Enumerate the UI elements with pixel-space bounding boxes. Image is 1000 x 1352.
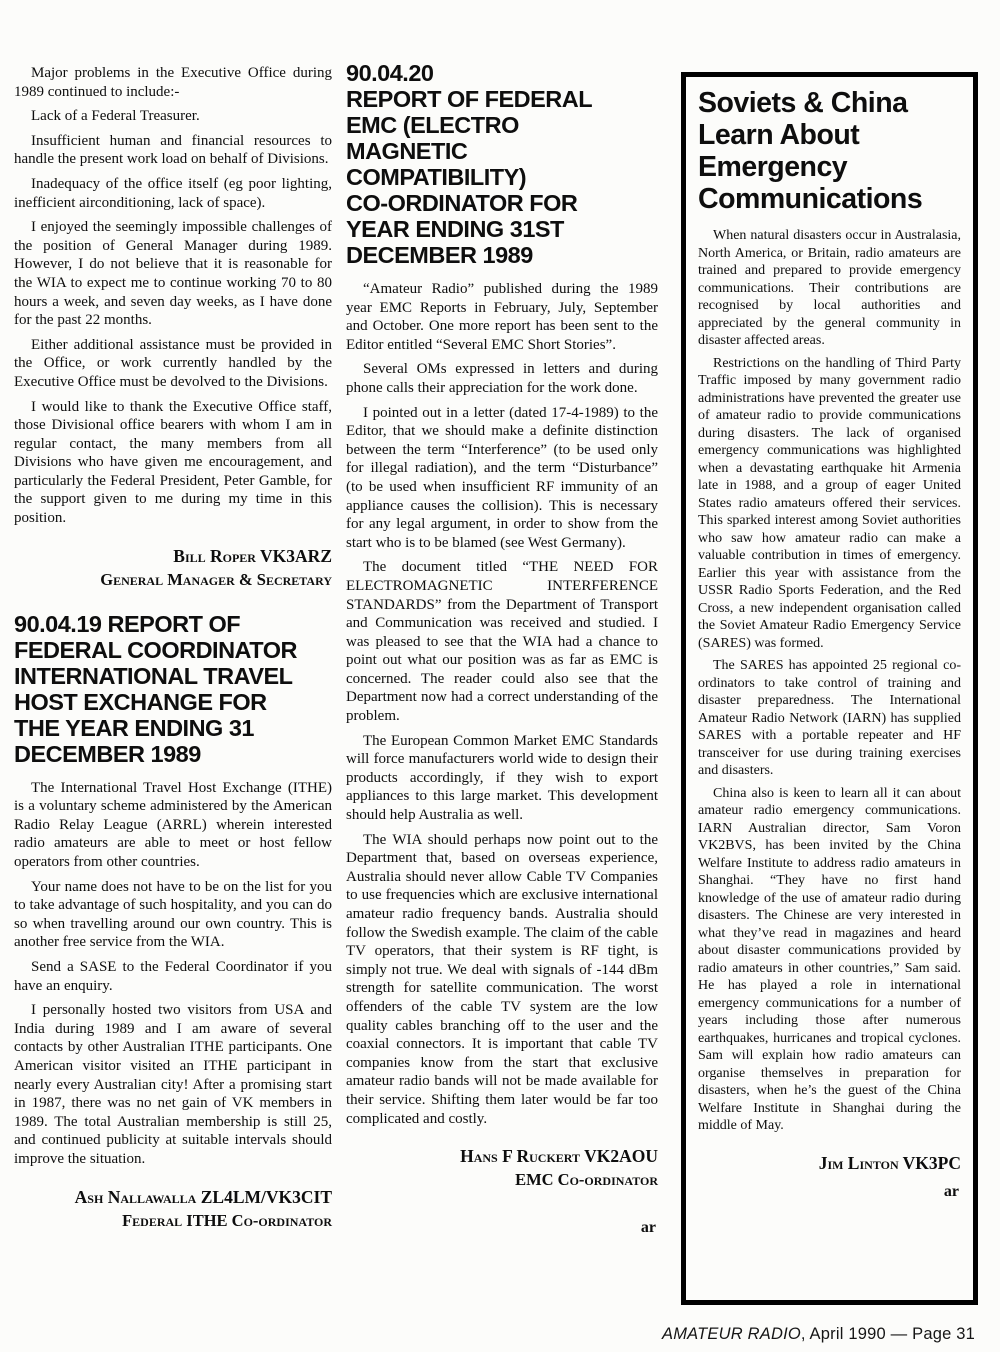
- signature-block: Hans F Ruckert VK2AOU EMC Co-ordinator: [346, 1144, 658, 1191]
- left-column: Major problems in the Executive Office d…: [14, 64, 332, 1240]
- paragraph: The SARES has appointed 25 regional co-o…: [698, 657, 961, 780]
- signature-block: Bill Roper VK3ARZ General Manager & Secr…: [14, 544, 332, 591]
- article-end-mark: ar: [698, 1183, 961, 1201]
- paragraph: “Amateur Radio” published during the 198…: [346, 280, 658, 354]
- article-body: “Amateur Radio” published during the 198…: [346, 280, 658, 1128]
- signature-block: Ash Nallawalla ZL4LM/VK3CIT Federal ITHE…: [14, 1185, 332, 1232]
- paragraph: The International Travel Host Exchange (…: [14, 779, 332, 872]
- paragraph: When natural disasters occur in Australa…: [698, 227, 961, 350]
- signature-name: Ash Nallawalla ZL4LM/VK3CIT: [14, 1185, 332, 1209]
- signature-title: Federal ITHE Co-ordinator: [14, 1209, 332, 1232]
- paragraph: Restrictions on the handling of Third Pa…: [698, 355, 961, 653]
- paragraph: The European Common Market EMC Standards…: [346, 732, 658, 825]
- signature-name: Hans F Ruckert VK2AOU: [346, 1144, 658, 1168]
- signature-name: Bill Roper VK3ARZ: [14, 544, 332, 568]
- paragraph: I would like to thank the Executive Offi…: [14, 398, 332, 528]
- article-emc-report: 90.04.20 REPORT OF FEDERAL EMC (ELECTRO …: [346, 60, 658, 1237]
- paragraph: Inadequacy of the office itself (eg poor…: [14, 175, 332, 212]
- boxed-article: Soviets & China Learn About Emergency Co…: [681, 72, 978, 1305]
- paragraph: Either additional assistance must be pro…: [14, 336, 332, 392]
- paragraph: Insufficient human and financial resourc…: [14, 132, 332, 169]
- middle-column: 90.04.20 REPORT OF FEDERAL EMC (ELECTRO …: [346, 58, 658, 1237]
- paragraph: Your name does not have to be on the lis…: [14, 878, 332, 952]
- magazine-title: AMATEUR RADIO: [662, 1325, 801, 1343]
- signature-name: Jim Linton VK3PC: [698, 1151, 961, 1175]
- article-body: The International Travel Host Exchange (…: [14, 779, 332, 1169]
- article-end-mark: ar: [346, 1219, 658, 1237]
- article-heading: 90.04.20 REPORT OF FEDERAL EMC (ELECTRO …: [346, 60, 658, 268]
- page-footer: AMATEUR RADIO, April 1990 — Page 31: [662, 1325, 975, 1344]
- article-body: When natural disasters occur in Australa…: [698, 227, 961, 1135]
- article-body: Major problems in the Executive Office d…: [14, 64, 332, 528]
- article-heading: Soviets & China Learn About Emergency Co…: [698, 87, 961, 215]
- paragraph: I personally hosted two visitors from US…: [14, 1001, 332, 1168]
- paragraph: China also is keen to learn all it can a…: [698, 785, 961, 1135]
- paragraph: The document titled “THE NEED FOR ELECTR…: [346, 558, 658, 725]
- paragraph: Several OMs expressed in letters and dur…: [346, 360, 658, 397]
- paragraph: Major problems in the Executive Office d…: [14, 64, 332, 101]
- paragraph: I pointed out in a letter (dated 17-4-19…: [346, 404, 658, 553]
- paragraph: I enjoyed the seemingly impossible chall…: [14, 218, 332, 330]
- article-ithe-report: 90.04.19 REPORT OF FEDERAL COORDINATOR I…: [14, 611, 332, 1232]
- article-heading: 90.04.19 REPORT OF FEDERAL COORDINATOR I…: [14, 611, 332, 767]
- signature-title: General Manager & Secretary: [14, 568, 332, 591]
- paragraph: The WIA should perhaps now point out to …: [346, 831, 658, 1129]
- paragraph: Send a SASE to the Federal Coordinator i…: [14, 958, 332, 995]
- article-soviets-china: Soviets & China Learn About Emergency Co…: [698, 87, 961, 1201]
- signature-title: EMC Co-ordinator: [346, 1168, 658, 1191]
- signature-block: Jim Linton VK3PC: [698, 1151, 961, 1175]
- article-general-manager-report-continued: Major problems in the Executive Office d…: [14, 64, 332, 591]
- paragraph: Lack of a Federal Treasurer.: [14, 107, 332, 126]
- footer-issue-page: , April 1990 — Page 31: [801, 1325, 975, 1343]
